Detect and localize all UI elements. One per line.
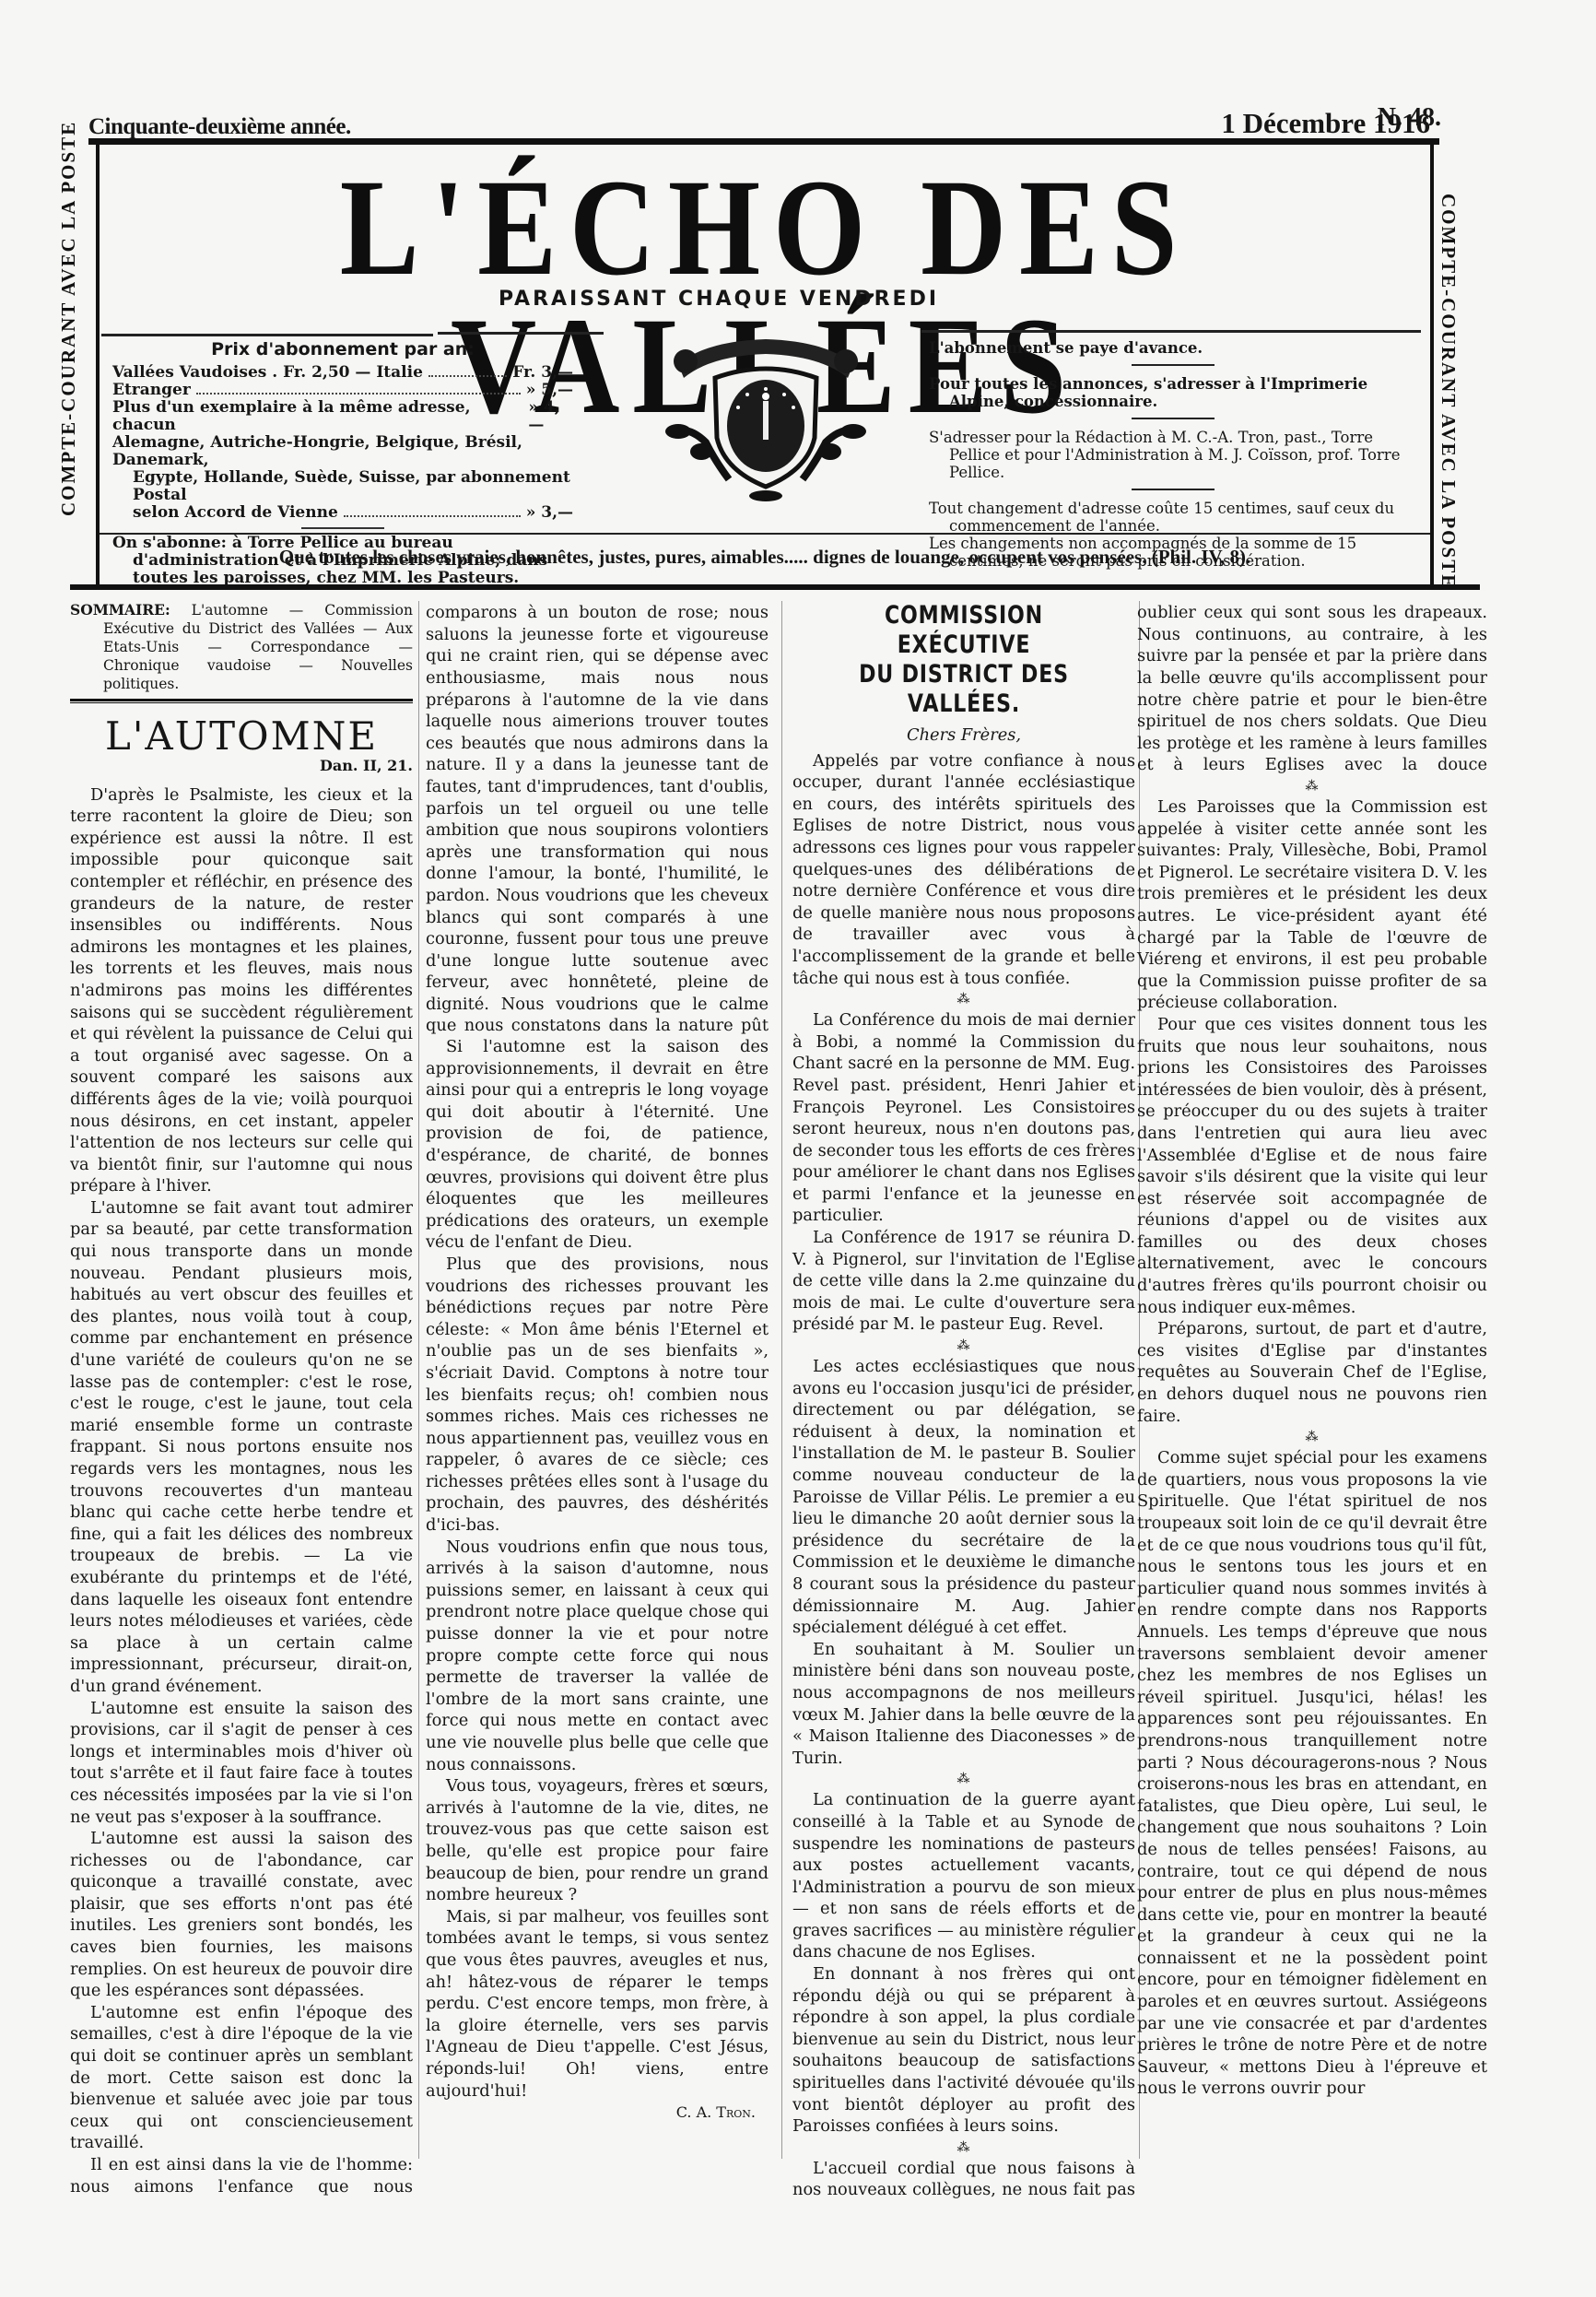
asterism-separator: ⁂	[1137, 776, 1487, 796]
divider	[438, 332, 604, 335]
price-row: Etranger » 5,—	[112, 382, 573, 399]
newspaper-subtitle: PARAISSANT CHAQUE VENDREDI	[498, 288, 940, 311]
article-title-commission-1: COMMISSION EXÉCUTIVE	[823, 601, 1104, 660]
side-label-right: COMPTE-COURANT AVEC LA POSTE	[1437, 194, 1460, 589]
paragraph: Mais, si par malheur, vos feuilles sont …	[426, 1906, 769, 2102]
postal-countries: Alemagne, Autriche-Hongrie, Belgique, Br…	[112, 434, 573, 469]
divider	[1132, 364, 1215, 366]
waldensian-crest-icon	[651, 323, 881, 507]
paragraph: Les Paroisses que la Commission est appe…	[1137, 796, 1487, 1014]
paragraph: Pour que ces visites donnent tous les fr…	[1137, 1014, 1487, 1318]
notice-change-fee: Tout changement d'adresse coûte 15 centi…	[929, 500, 1417, 535]
newspaper-page: Cinquante-deuxième année. 1 Décembre 191…	[0, 0, 1596, 2297]
paragraph: L'automne est ensuite la saison des prov…	[70, 1698, 413, 1829]
price-row: Plus d'un exemplaire à la même adresse, …	[112, 399, 573, 434]
notice-redaction: S'adresser pour la Rédaction à M. C.-A. …	[929, 429, 1417, 481]
price-row: selon Accord de Vienne » 3,—	[112, 504, 573, 522]
paragraph: L'automne se fait avant tout admirer par…	[70, 1197, 413, 1698]
paragraph: D'après le Psalmiste, les cieux et la te…	[70, 784, 413, 1197]
paragraph: L'automne est aussi la saison des riches…	[70, 1828, 413, 2002]
column-4: L'accueil cordial que nous faisons à nos…	[1137, 601, 1487, 2100]
paragraph: Préparons, surtout, de part et d'autre, …	[1137, 1318, 1487, 1427]
paragraph: En donnant à nos frères qui ont répondu …	[792, 1963, 1135, 2138]
notice-ads: Pour toutes les annonces, s'adresser à l…	[929, 375, 1417, 410]
article-title-automne: L'AUTOMNE	[70, 716, 413, 757]
sommaire: SOMMAIRE: L'automne — Commission Exécuti…	[70, 601, 413, 693]
paragraph: En souhaitant à M. Soulier un ministère …	[792, 1639, 1135, 1770]
asterism-separator: ⁂	[1137, 1427, 1487, 1447]
motto: Que toutes les choses vraies, honnêtes, …	[100, 546, 1430, 569]
issue-number: N. 48.	[1378, 103, 1441, 133]
paragraph-continued: Il en est ainsi dans la vie de l'homme: …	[426, 601, 769, 1036]
article-signature: C. A. Tron.	[426, 2102, 769, 2124]
divider	[301, 527, 384, 529]
paragraph: Il en est ainsi dans la vie de l'homme: …	[70, 2154, 413, 2198]
column-rule	[418, 601, 419, 2159]
column-1: SOMMAIRE: L'automne — Commission Exécuti…	[70, 601, 413, 2198]
year-label: Cinquante-deuxième année.	[88, 114, 351, 140]
paragraph: L'accueil cordial que nous faisons à nos…	[792, 2158, 1135, 2202]
divider	[1132, 489, 1215, 490]
divider	[921, 330, 1421, 333]
paragraph: Plus que des provisions, nous voudrions …	[426, 1254, 769, 1537]
paragraph-continued: L'accueil cordial que nous faisons à nos…	[1137, 601, 1487, 776]
notices-box: L'abonnement se paye d'avance. Pour tout…	[929, 339, 1417, 570]
masthead-bottom-rule	[70, 584, 1480, 590]
paragraph: Les actes ecclésiastiques que nous avons…	[792, 1356, 1135, 1639]
masthead-top-line: Cinquante-deuxième année. 1 Décembre 191…	[88, 109, 1430, 140]
paragraph: L'automne est enfin l'époque des semaill…	[70, 2002, 413, 2154]
article-title-commission-2: DU DISTRICT DES VALLÉES.	[823, 660, 1104, 719]
asterism-separator: ⁂	[792, 2138, 1135, 2158]
divider	[101, 334, 433, 336]
subscription-heading: Prix d'abonnement par an:	[112, 341, 573, 359]
column-rule	[781, 601, 782, 2159]
paragraph: Nous voudrions enfin que nous tous, arri…	[426, 1537, 769, 1776]
divider	[70, 699, 413, 703]
asterism-separator: ⁂	[792, 1336, 1135, 1356]
paragraph: Vous tous, voyageurs, frères et sœurs, a…	[426, 1775, 769, 1906]
side-label-left: COMPTE-COURANT AVEC LA POSTE	[57, 121, 80, 516]
greeting: Chers Frères,	[792, 724, 1135, 747]
paragraph: Appelés par votre confiance à nous occup…	[792, 750, 1135, 990]
notice-advance: L'abonnement se paye d'avance.	[929, 339, 1417, 357]
divider	[100, 533, 1430, 535]
price-row: Vallées Vaudoises . Fr. 2,50 — Italie Fr…	[112, 364, 573, 382]
paragraph: Comme sujet spécial pour les examens de …	[1137, 1447, 1487, 2100]
paragraph: La Conférence du mois de mai dernier à B…	[792, 1009, 1135, 1227]
column-2: Il en est ainsi dans la vie de l'homme: …	[426, 601, 769, 2124]
paragraph: La Conférence de 1917 se réunira D. V. à…	[792, 1227, 1135, 1336]
postal-countries-cont: Egypte, Hollande, Suède, Suisse, par abo…	[112, 469, 573, 504]
paragraph: La continuation de la guerre ayant conse…	[792, 1789, 1135, 1963]
paragraph: Si l'automne est la saison des approvisi…	[426, 1036, 769, 1254]
article-columns: SOMMAIRE: L'automne — Commission Exécuti…	[70, 601, 1480, 2168]
asterism-separator: ⁂	[792, 1769, 1135, 1789]
asterism-separator: ⁂	[792, 989, 1135, 1009]
column-3: COMMISSION EXÉCUTIVE DU DISTRICT DES VAL…	[792, 601, 1135, 2202]
divider	[1132, 418, 1215, 419]
